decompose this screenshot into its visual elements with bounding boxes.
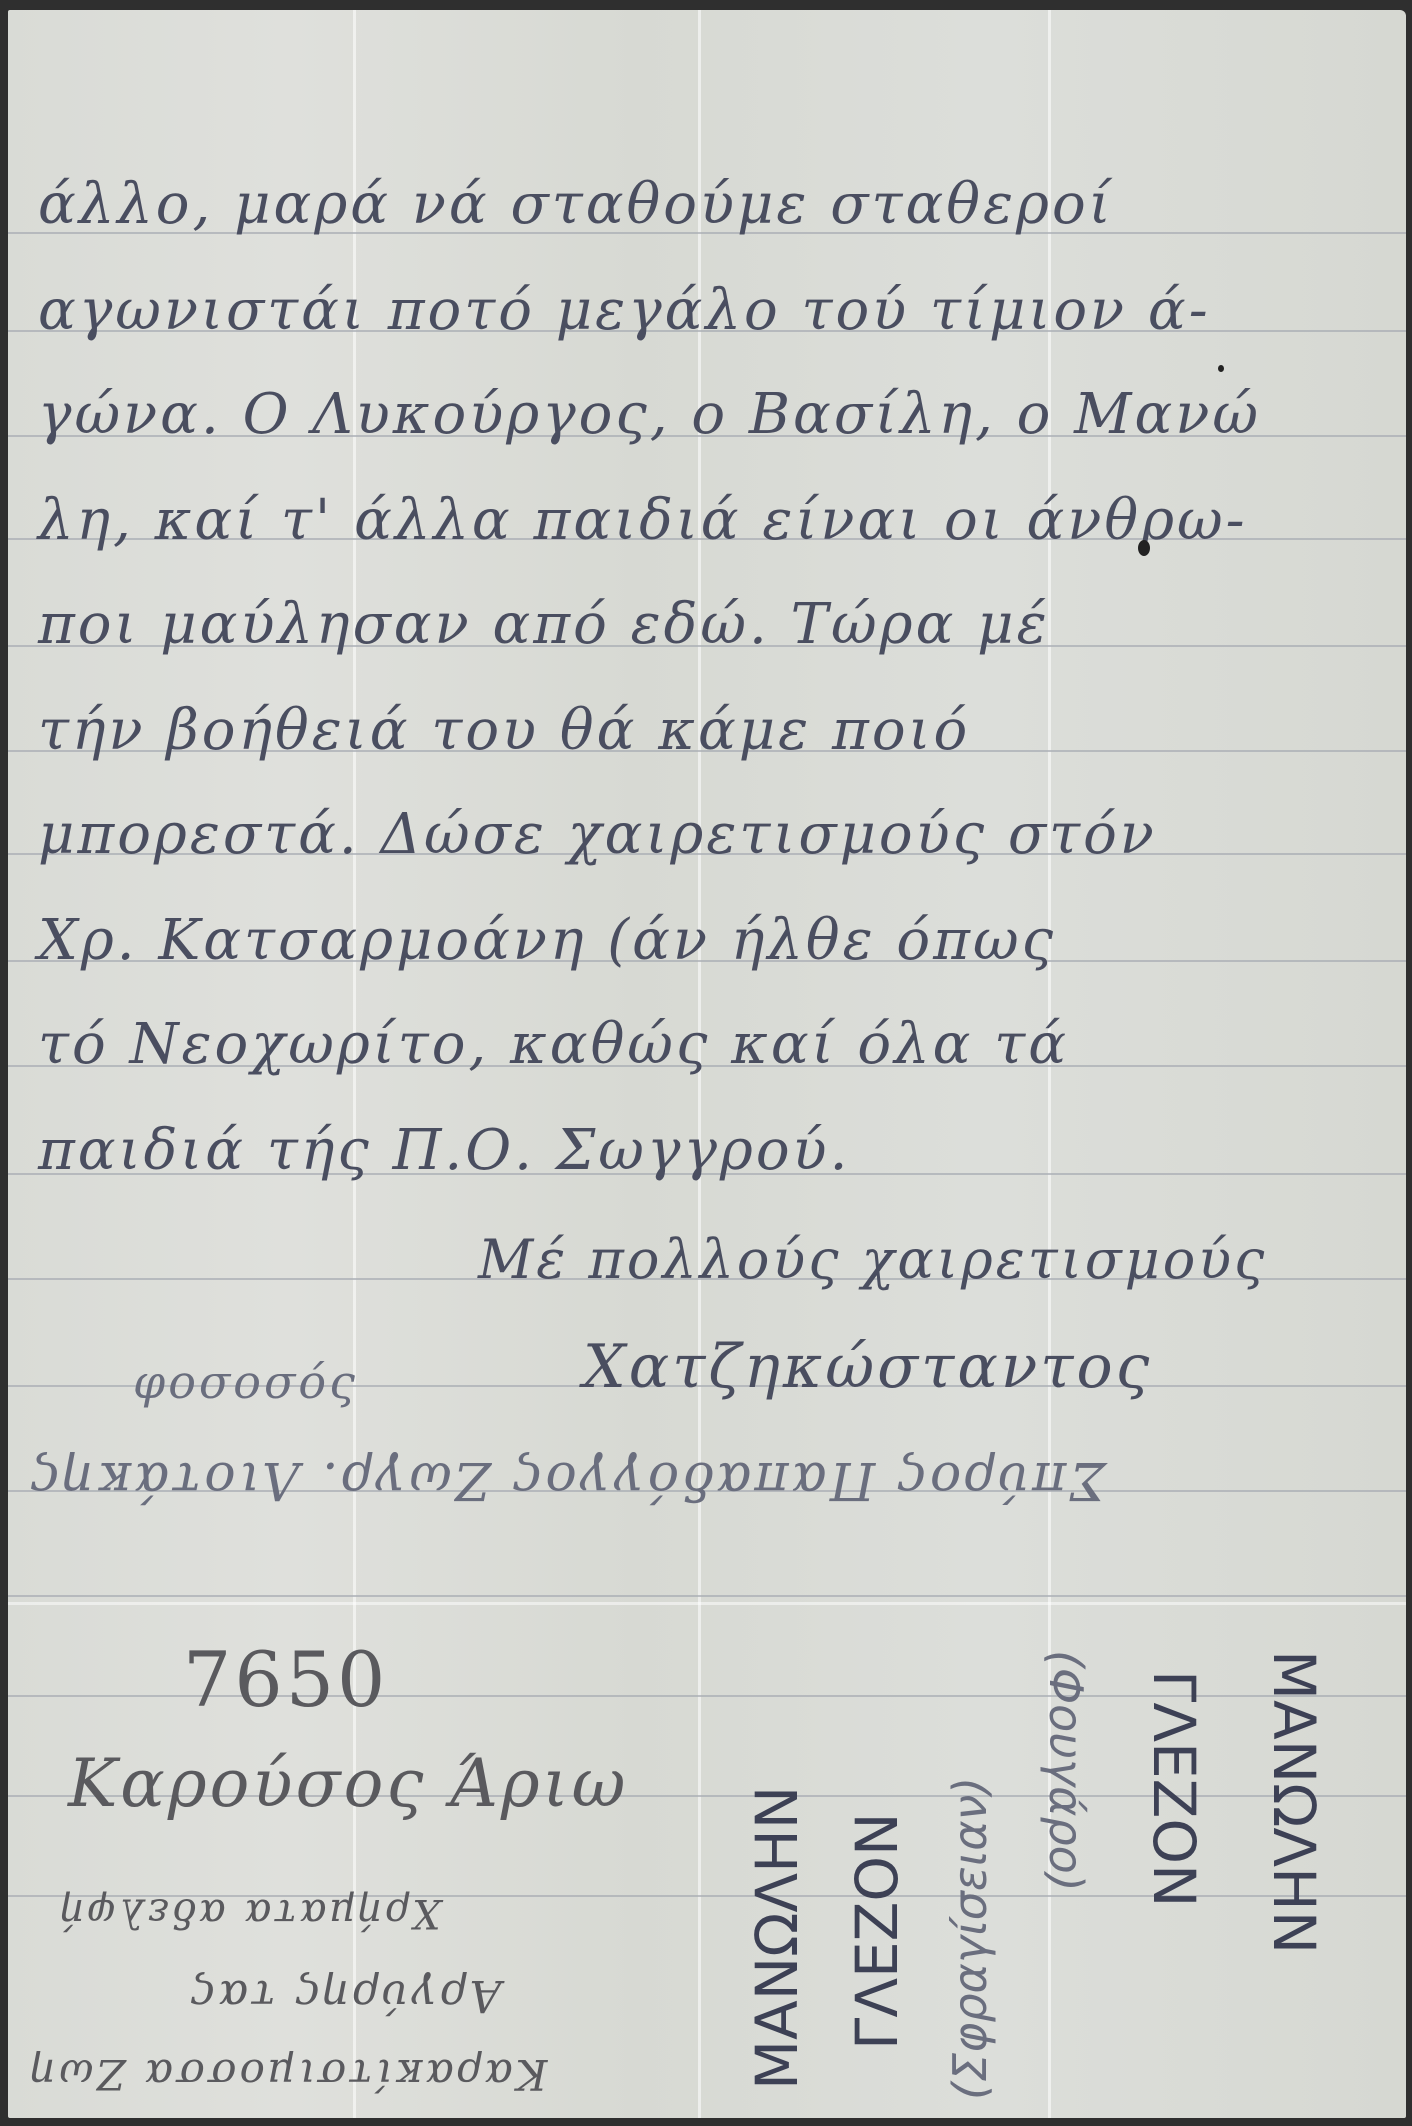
vertical-label: (Φουγάρο) — [1039, 1650, 1093, 1892]
letter-line: παιδιά τής Π.Ο. Σωγγρού. — [38, 1118, 850, 1183]
vertical-label: ΓΛΕΖΟΝ — [1140, 1670, 1208, 1907]
upside-down-note: Καρακίτσιμοσσα Ζωη — [28, 2050, 547, 2099]
letter-line: αγωνιστάι ποτό μεγάλο τού τίμιον ά- — [38, 278, 1211, 343]
fold-line — [8, 1602, 1406, 1605]
ink-blot — [1218, 365, 1224, 372]
letter-line: λη, καί τ' άλλα παιδιά είναι οι άνθρω- — [38, 488, 1248, 553]
upside-down-note: Αργύρης τας — [188, 1970, 501, 2021]
signature: Χατζηκώσταντος — [583, 1332, 1152, 1402]
vertical-label: ΓΛΕΖΟΝ — [843, 1813, 911, 2050]
letter-line: τήν βοήθειά του θά κάμε ποιό — [38, 698, 970, 763]
ink-blot — [1138, 540, 1150, 556]
reference-number: 7650 — [183, 1635, 388, 1724]
side-note: φοσοσός — [133, 1355, 358, 1409]
vertical-label: ΜΑΝΩΛΗΝ — [1260, 1650, 1328, 1954]
name-note: Καρούσος Άριω — [68, 1745, 628, 1822]
closing: Μέ πολλούς χαιρετισμούς — [478, 1228, 1267, 1291]
letter-line: άλλο, μαρά νά σταθούμε σταθεροί — [38, 172, 1114, 237]
letter-line: τό Νεοχωρίτο, καθώς καί όλα τά — [38, 1012, 1069, 1077]
ruled-line — [8, 1595, 1406, 1597]
letter-line: ποι μαύλησαν από εδώ. Τώρα μέ — [38, 592, 1050, 657]
letter-line: γώνα. Ο Λυκούργος, ο Βασίλη, ο Μανώ — [38, 382, 1261, 447]
letter-line: Χρ. Κατσαρμοάνη (άν ήλθε όπως — [38, 908, 1056, 973]
letter-page: άλλο, μαρά νά σταθούμε σταθεροί αγωνιστά… — [8, 10, 1406, 2118]
upside-down-note: Χρήματα αδελφή — [58, 1890, 441, 1936]
letter-line: μπορεστά. Δώσε χαιρετισμούς στόν — [38, 802, 1157, 867]
vertical-label: (Σφραγίσειαν) — [943, 1777, 997, 2100]
vertical-label: ΜΑΝΩΛΗΝ — [743, 1786, 811, 2090]
upside-down-line: Σπύρος Παπαδόγγος Ζωγρ. Λιοτάκης — [28, 1450, 1106, 1510]
